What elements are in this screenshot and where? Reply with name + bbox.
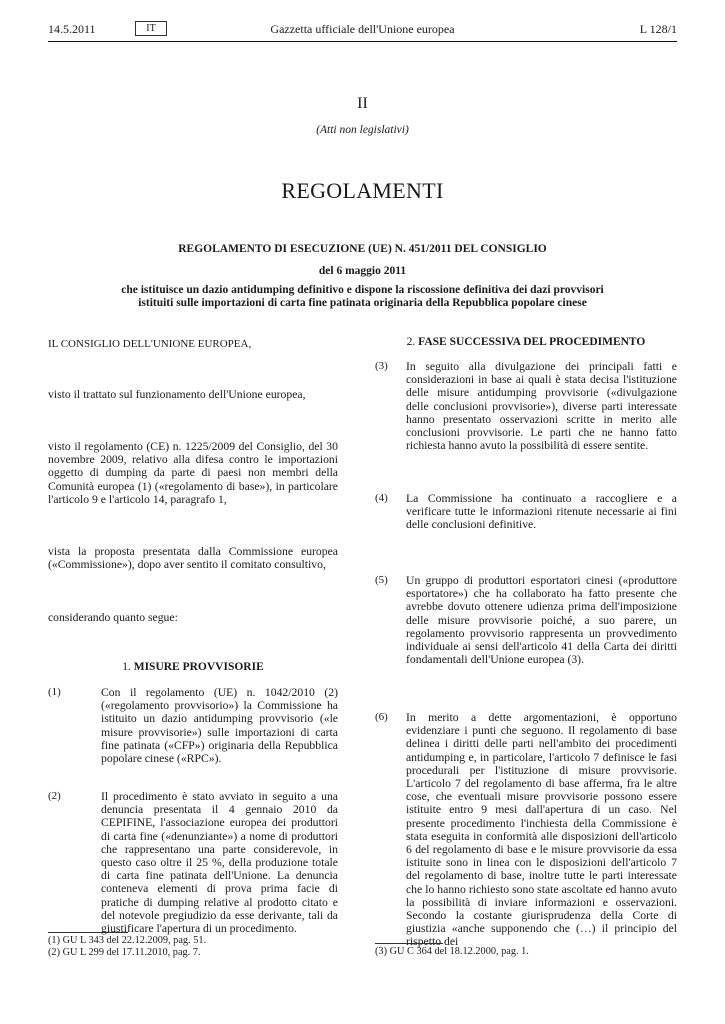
recital-number: (4)	[375, 492, 388, 505]
recital-text: Con il regolamento (UE) n. 1042/2010 (2)…	[101, 686, 338, 765]
heading-number: 1.	[122, 661, 131, 673]
recital-number: (5)	[375, 574, 388, 587]
recital-text: Un gruppo di produttori esportatori cine…	[406, 574, 677, 666]
footnote-rule	[48, 932, 128, 933]
citation-treaty: visto il trattato sul funzionamento dell…	[48, 388, 338, 401]
citation-proposal: vista la proposta presentata dalla Commi…	[48, 545, 338, 571]
recital-text: Il procedimento è stato avviato in segui…	[101, 790, 338, 935]
right-column: 2. FASE SUCCESSIVA DEL PROCEDIMENTO (3) …	[375, 0, 677, 1024]
footnote-2: (2) GU L 299 del 17.11.2010, pag. 7.	[48, 947, 201, 959]
recital-number: (1)	[48, 686, 61, 699]
considering-clause: considerando quanto segue:	[48, 611, 338, 624]
footnote-rule	[375, 943, 443, 944]
heading-text: FASE SUCCESSIVA DEL PROCEDIMENTO	[418, 336, 645, 348]
footnote-text: GU C 364 del 18.12.2000, pag. 1.	[390, 946, 529, 957]
footnote-mark: (3)	[375, 946, 387, 957]
left-column: IL CONSIGLIO DELL'UNIONE EUROPEA, visto …	[48, 0, 338, 1024]
heading-provisional-measures: 1. MISURE PROVVISORIE	[48, 661, 338, 674]
footnote-text: GU L 343 del 22.12.2009, pag. 51.	[63, 935, 206, 946]
recital-text: In seguito alla divulgazione dei princip…	[406, 360, 677, 452]
footnote-text: GU L 299 del 17.11.2010, pag. 7.	[63, 947, 201, 958]
footnote-mark: (2)	[48, 947, 60, 958]
footnote-mark: (1)	[48, 935, 60, 946]
recital-number: (6)	[375, 711, 388, 724]
footnote-1: (1) GU L 343 del 22.12.2009, pag. 51.	[48, 935, 206, 947]
citation-basic-regulation: visto il regolamento (CE) n. 1225/2009 d…	[48, 440, 338, 506]
heading-subsequent-procedure: 2. FASE SUCCESSIVA DEL PROCEDIMENTO	[375, 336, 677, 349]
heading-text: MISURE PROVVISORIE	[134, 661, 264, 673]
footnote-3: (3) GU C 364 del 18.12.2000, pag. 1.	[375, 946, 529, 958]
recital-number: (2)	[48, 790, 61, 803]
heading-number: 2.	[407, 336, 416, 348]
recital-number: (3)	[375, 360, 388, 373]
recital-text: La Commissione ha continuato a raccoglie…	[406, 492, 677, 532]
council-preamble: IL CONSIGLIO DELL'UNIONE EUROPEA,	[48, 338, 338, 351]
recital-text: In merito a dette argomentazioni, è oppo…	[406, 711, 677, 949]
